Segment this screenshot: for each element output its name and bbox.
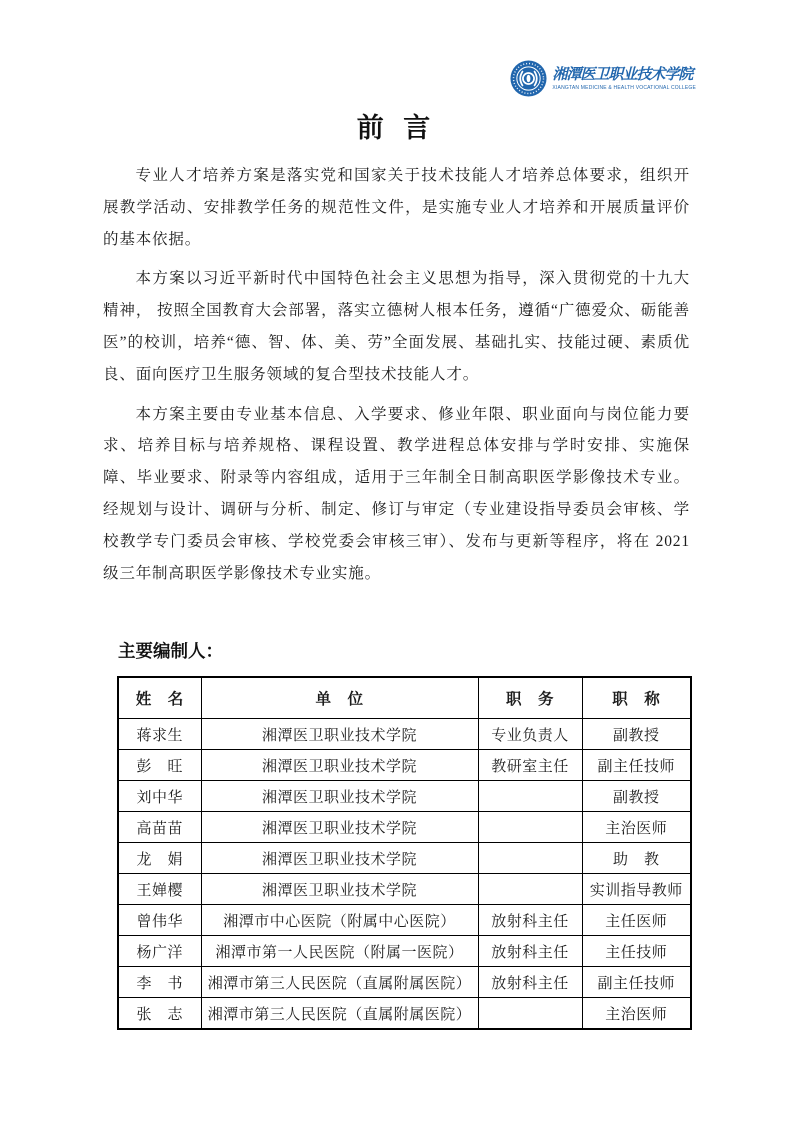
table-cell: 主任医师 [582, 905, 691, 936]
table-cell [478, 998, 582, 1030]
table-cell: 李 书 [118, 967, 201, 998]
table-cell [478, 812, 582, 843]
college-emblem-icon [510, 60, 547, 97]
table-cell: 湘潭医卫职业技术学院 [201, 812, 478, 843]
table-row: 曾伟华湘潭市中心医院（附属中心医院）放射科主任主任医师 [118, 905, 691, 936]
column-header-duty: 职 务 [478, 677, 582, 719]
table-cell [478, 874, 582, 905]
table-cell: 曾伟华 [118, 905, 201, 936]
table-cell: 实训指导教师 [582, 874, 691, 905]
table-cell: 湘潭市第三人民医院（直属附属医院） [201, 967, 478, 998]
table-cell: 教研室主任 [478, 750, 582, 781]
table-cell: 专业负责人 [478, 719, 582, 750]
column-header-title: 职 称 [582, 677, 691, 719]
table-cell: 湘潭医卫职业技术学院 [201, 874, 478, 905]
table-cell: 湘潭医卫职业技术学院 [201, 781, 478, 812]
table-cell: 主任技师 [582, 936, 691, 967]
table-cell: 蒋求生 [118, 719, 201, 750]
table-cell: 王婵樱 [118, 874, 201, 905]
page-title: 前 言 [103, 112, 690, 144]
table-cell: 湘潭市第一人民医院（附属一医院） [201, 936, 478, 967]
table-cell: 刘中华 [118, 781, 201, 812]
college-logo: 湘潭医卫职业技术学院 XIANGTAN MEDICINE & HEALTH VO… [510, 60, 696, 97]
table-cell: 湘潭市第三人民医院（直属附属医院） [201, 998, 478, 1030]
table-cell: 副教授 [582, 781, 691, 812]
table-cell: 放射科主任 [478, 967, 582, 998]
table-cell: 张 志 [118, 998, 201, 1030]
preface-paragraph-1: 专业人才培养方案是落实党和国家关于技术技能人才培养总体要求，组织开展教学活动、安… [103, 160, 690, 255]
table-cell: 放射科主任 [478, 905, 582, 936]
table-cell: 杨广洋 [118, 936, 201, 967]
table-cell: 副主任技师 [582, 967, 691, 998]
table-cell: 湘潭医卫职业技术学院 [201, 843, 478, 874]
preface-paragraph-3: 本方案主要由专业基本信息、入学要求、修业年限、职业面向与岗位能力要求、培养目标与… [103, 399, 690, 590]
table-row: 张 志湘潭市第三人民医院（直属附属医院）主治医师 [118, 998, 691, 1030]
preface-paragraph-2: 本方案以习近平新时代中国特色社会主义思想为指导，深入贯彻党的十九大精神， 按照全… [103, 263, 690, 390]
editors-table: 姓 名 单 位 职 务 职 称 蒋求生湘潭医卫职业技术学院专业负责人副教授彭 旺… [117, 676, 692, 1030]
editors-table-body: 蒋求生湘潭医卫职业技术学院专业负责人副教授彭 旺湘潭医卫职业技术学院教研室主任副… [118, 719, 691, 1030]
table-row: 王婵樱湘潭医卫职业技术学院实训指导教师 [118, 874, 691, 905]
table-row: 彭 旺湘潭医卫职业技术学院教研室主任副主任技师 [118, 750, 691, 781]
editors-heading: 主要编制人： [118, 639, 690, 663]
table-cell [478, 843, 582, 874]
document-page: 湘潭医卫职业技术学院 XIANGTAN MEDICINE & HEALTH VO… [0, 0, 793, 1122]
table-cell: 湘潭医卫职业技术学院 [201, 750, 478, 781]
column-header-unit: 单 位 [201, 677, 478, 719]
table-cell: 湘潭医卫职业技术学院 [201, 719, 478, 750]
table-cell [478, 781, 582, 812]
table-cell: 主治医师 [582, 812, 691, 843]
table-cell: 高苗苗 [118, 812, 201, 843]
table-row: 李 书湘潭市第三人民医院（直属附属医院）放射科主任副主任技师 [118, 967, 691, 998]
table-row: 高苗苗湘潭医卫职业技术学院主治医师 [118, 812, 691, 843]
table-row: 刘中华湘潭医卫职业技术学院副教授 [118, 781, 691, 812]
table-row: 龙 娟湘潭医卫职业技术学院助 教 [118, 843, 691, 874]
table-cell: 副主任技师 [582, 750, 691, 781]
table-cell: 龙 娟 [118, 843, 201, 874]
college-logo-text: 湘潭医卫职业技术学院 XIANGTAN MEDICINE & HEALTH VO… [552, 66, 696, 91]
table-cell: 副教授 [582, 719, 691, 750]
column-header-name: 姓 名 [118, 677, 201, 719]
table-row: 蒋求生湘潭医卫职业技术学院专业负责人副教授 [118, 719, 691, 750]
college-name-en: XIANGTAN MEDICINE & HEALTH VOCATIONAL CO… [552, 85, 696, 91]
table-cell: 湘潭市中心医院（附属中心医院） [201, 905, 478, 936]
table-row: 杨广洋湘潭市第一人民医院（附属一医院）放射科主任主任技师 [118, 936, 691, 967]
table-cell: 助 教 [582, 843, 691, 874]
table-cell: 主治医师 [582, 998, 691, 1030]
table-cell: 放射科主任 [478, 936, 582, 967]
table-header-row: 姓 名 单 位 职 务 职 称 [118, 677, 691, 719]
college-name-zh: 湘潭医卫职业技术学院 [552, 66, 696, 84]
table-cell: 彭 旺 [118, 750, 201, 781]
